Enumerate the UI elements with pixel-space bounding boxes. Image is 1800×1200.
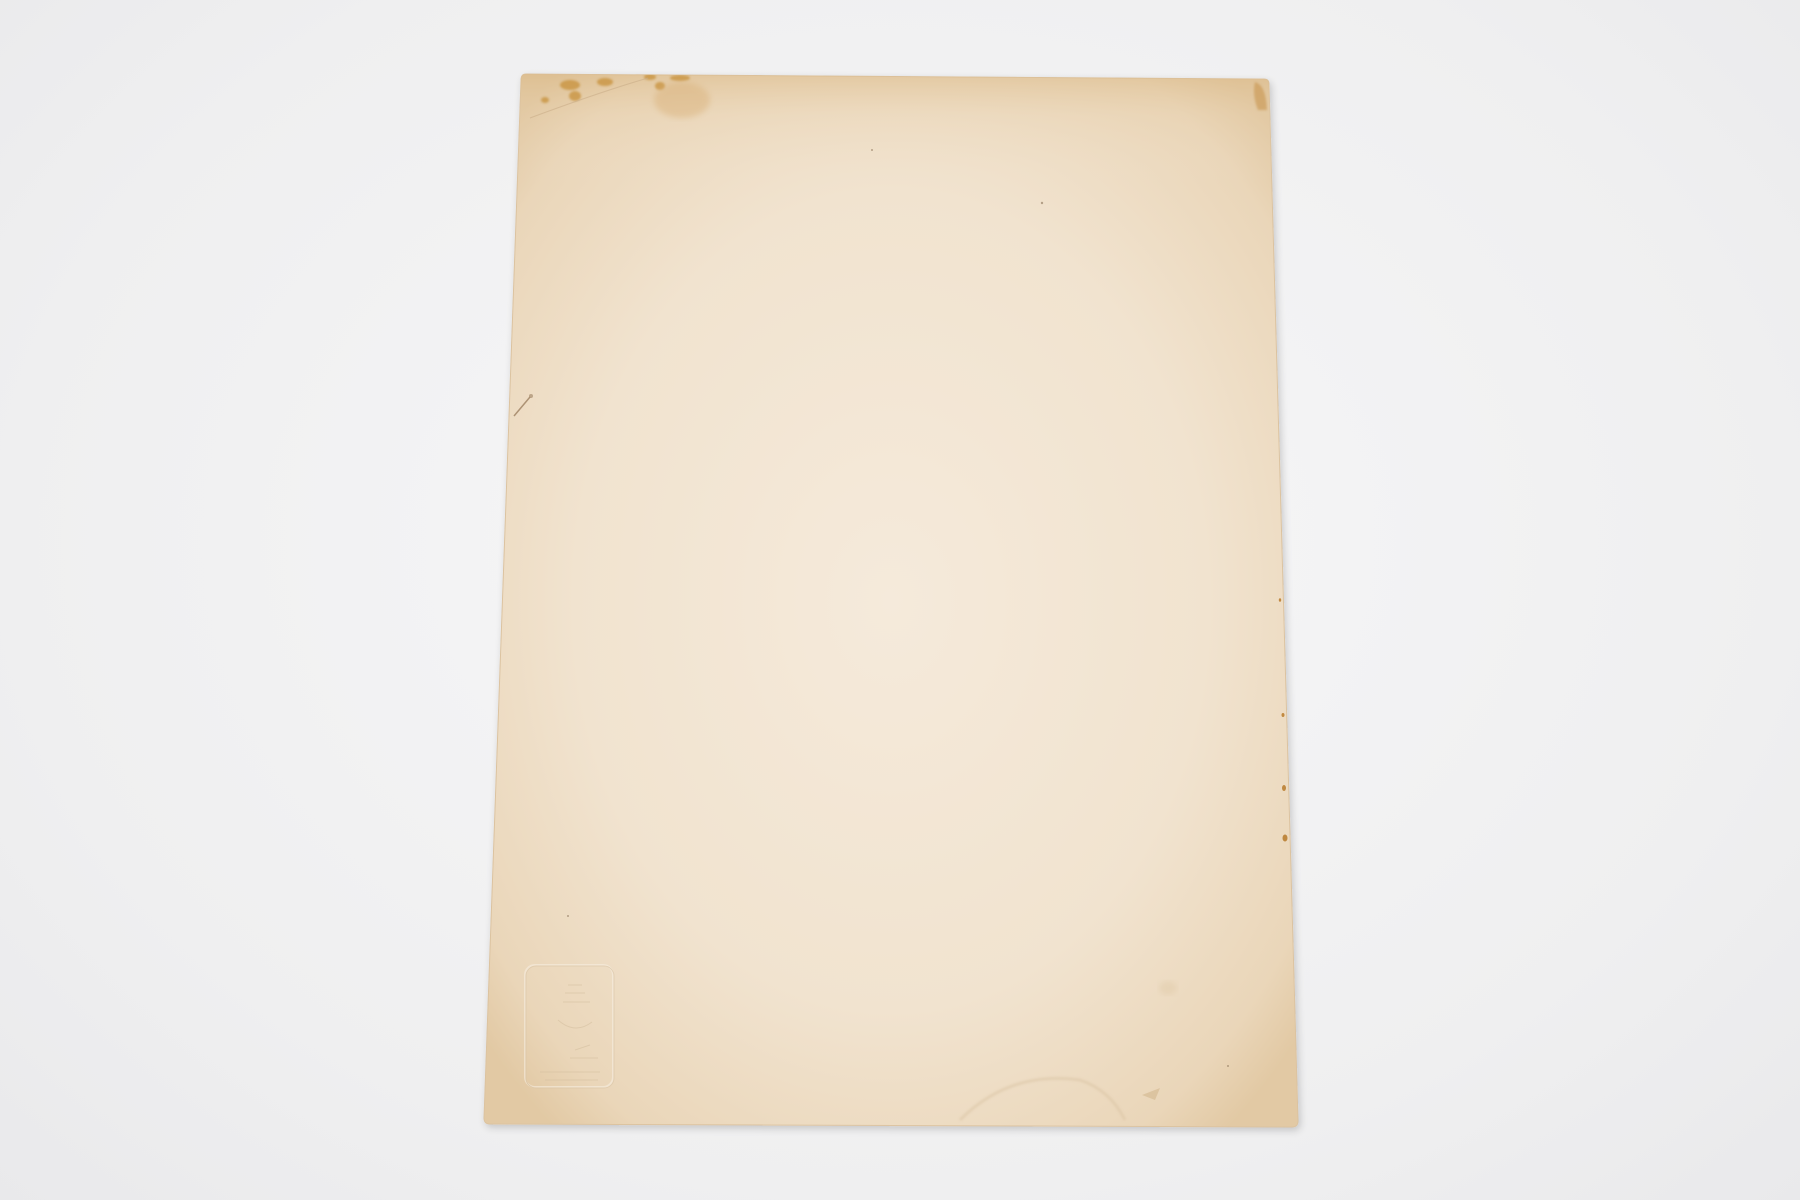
photo-scene: Aged blank sheet of paper on white backg… bbox=[0, 0, 1800, 1200]
paper-illustration bbox=[0, 0, 1800, 1200]
